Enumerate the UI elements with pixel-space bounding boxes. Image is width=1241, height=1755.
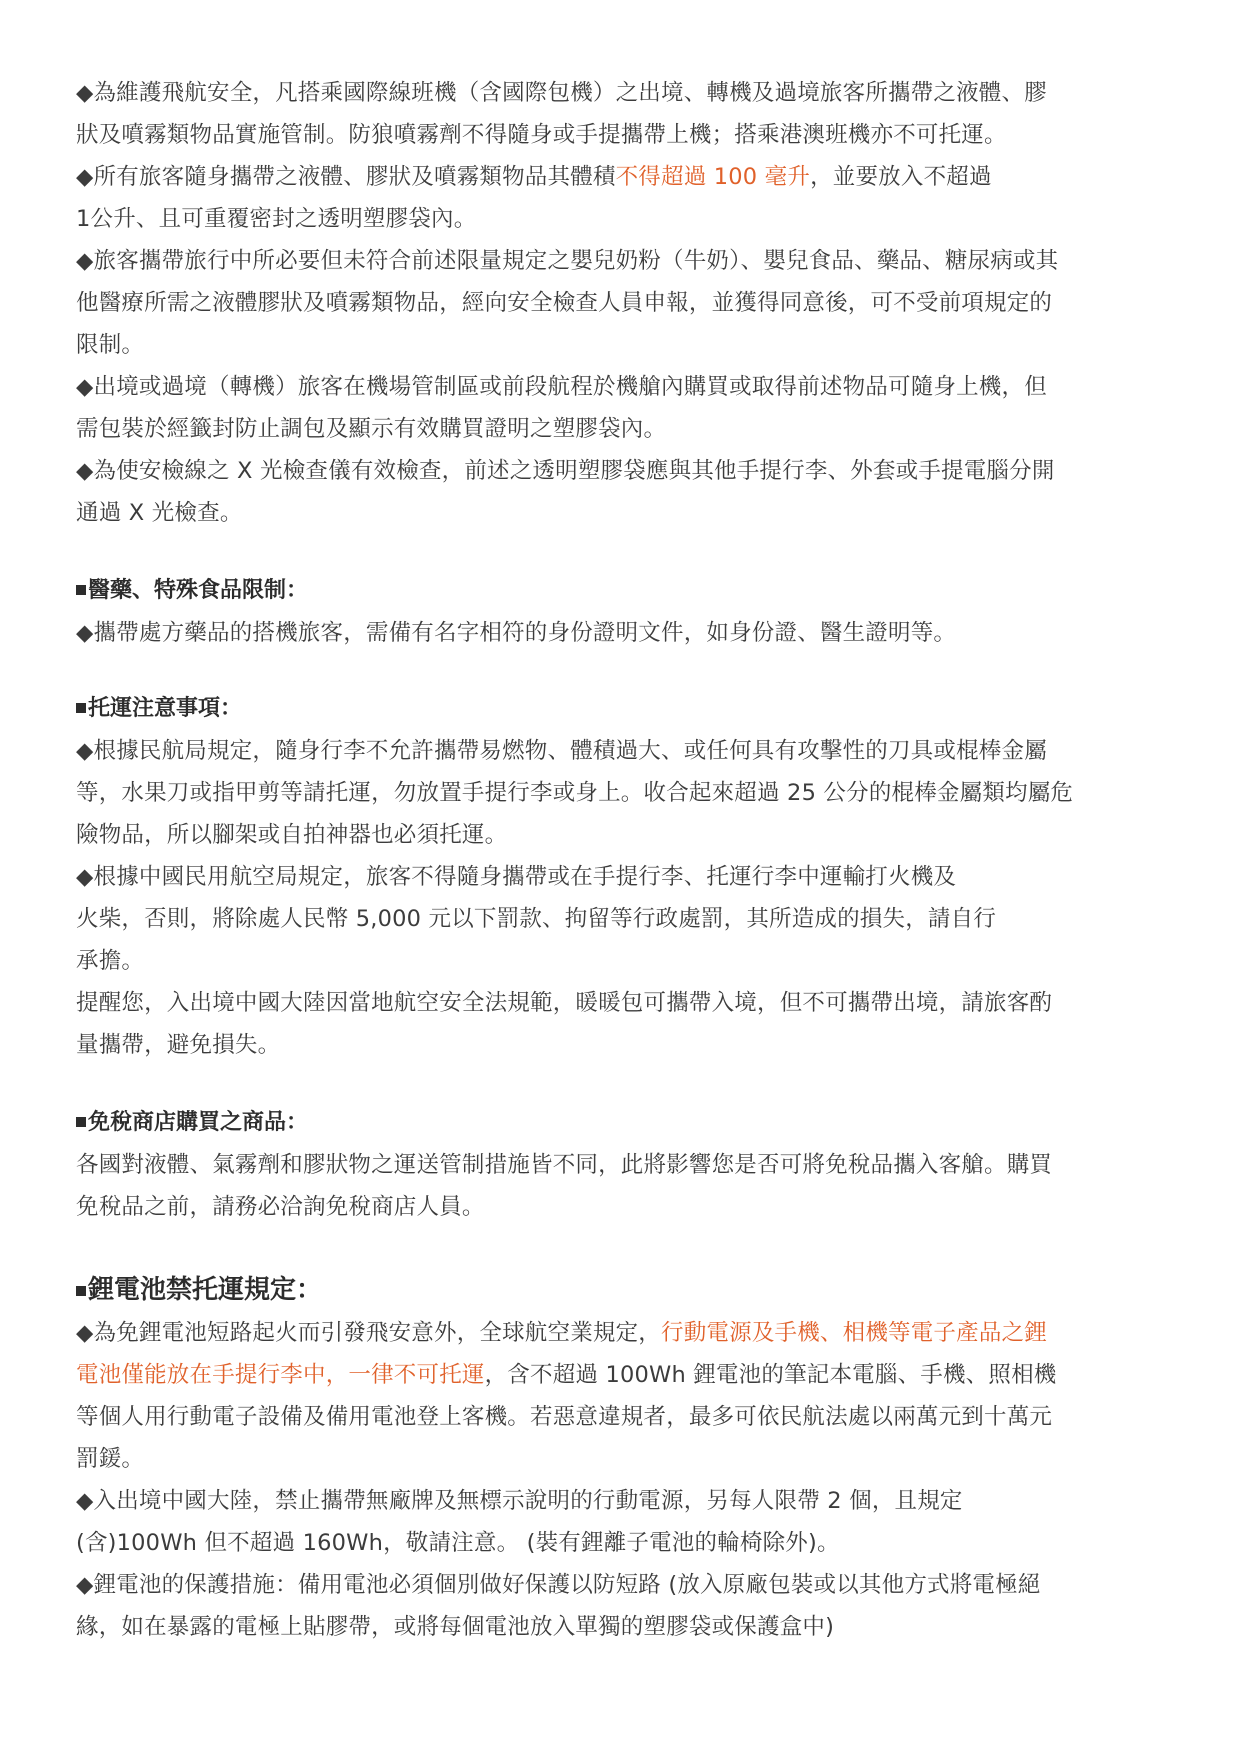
liquids-text: ◆所有旅客隨身攜帶之液體、膠狀及噴霧類物品其體積 bbox=[76, 164, 616, 190]
lithium-line-7: ◆鋰電池的保護措施：備用電池必須個別做好保護以防短路 (放入原廠包裝或以其他方式… bbox=[76, 1570, 1041, 1600]
checked-line-2: 等，水果刀或指甲剪等請托運，勿放置手提行李或身上。收合起來超過 25 公分的棍棒… bbox=[76, 778, 1073, 808]
medicine-line-1: ◆攜帶處方藥品的搭機旅客，需備有名字相符的身份證明文件，如身份證、醫生證明等。 bbox=[76, 618, 956, 648]
liquids-text: ，並要放入不超過 bbox=[810, 164, 992, 190]
liquids-line-5: ◆旅客攜帶旅行中所必要但未符合前述限量規定之嬰兒奶粉（牛奶）、嬰兒食品、藥品、糖… bbox=[76, 246, 1058, 276]
lithium-heading: 鋰電池禁托運規定： bbox=[76, 1275, 322, 1305]
lithium-line-4: 罰鍰。 bbox=[76, 1444, 144, 1474]
checked-line-5: 火柴，否則，將除處人民幣 5,000 元以下罰款、拘留等行政處罰，其所造成的損失… bbox=[76, 904, 996, 934]
square-bullet-icon bbox=[76, 1286, 86, 1296]
liquids-line-9: 需包裝於經籤封防止調包及顯示有效購買證明之塑膠袋內。 bbox=[76, 414, 666, 444]
checked-heading: 托運注意事項： bbox=[76, 694, 242, 724]
lithium-line-8: 緣，如在暴露的電極上貼膠帶，或將每個電池放入單獨的塑膠袋或保護盒中) bbox=[76, 1612, 834, 1642]
lithium-rule-highlight: 電池僅能放在手提行李中，一律不可托運 bbox=[76, 1362, 485, 1388]
lithium-line-3: 等個人用行動電子設備及備用電池登上客機。若惡意違規者，最多可依民航法處以兩萬元到… bbox=[76, 1402, 1052, 1432]
checked-line-3: 險物品，所以腳架或自拍神器也必須托運。 bbox=[76, 820, 507, 850]
square-bullet-icon bbox=[76, 703, 86, 713]
checked-line-7: 提醒您，入出境中國大陸因當地航空安全法規範，暖暖包可攜帶入境，但不可攜帶出境，請… bbox=[76, 988, 1052, 1018]
dutyfree-line-1: 各國對液體、氣霧劑和膠狀物之運送管制措施皆不同，此將影響您是否可將免稅品攜入客艙… bbox=[76, 1150, 1052, 1180]
dutyfree-line-2: 免稅品之前，請務必洽詢免稅商店人員。 bbox=[76, 1192, 485, 1222]
lithium-rule-highlight: 行動電源及手機、相機等電子產品之鋰 bbox=[661, 1320, 1047, 1346]
checked-line-4: ◆根據中國民用航空局規定，旅客不得隨身攜帶或在手提行李、托運行李中運輸打火機及 bbox=[76, 862, 956, 892]
liquids-line-10: ◆為使安檢線之 X 光檢查儀有效檢查，前述之透明塑膠袋應與其他手提行李、外套或手… bbox=[76, 456, 1055, 486]
checked-line-6: 承擔。 bbox=[76, 946, 144, 976]
checked-line-1: ◆根據民航局規定，隨身行李不允許攜帶易燃物、體積過大、或任何具有攻擊性的刀具或棍… bbox=[76, 736, 1047, 766]
volume-limit-highlight: 不得超過 100 毫升 bbox=[616, 164, 810, 190]
liquids-line-3: ◆所有旅客隨身攜帶之液體、膠狀及噴霧類物品其體積不得超過 100 毫升，並要放入… bbox=[76, 162, 992, 192]
liquids-line-7: 限制。 bbox=[76, 330, 144, 360]
lithium-line-2: 電池僅能放在手提行李中，一律不可托運，含不超過 100Wh 鋰電池的筆記本電腦、… bbox=[76, 1360, 1056, 1390]
medicine-heading: 醫藥、特殊食品限制： bbox=[76, 576, 308, 606]
liquids-line-1: ◆為維護飛航安全，凡搭乘國際線班機（含國際包機）之出境、轉機及過境旅客所攜帶之液… bbox=[76, 78, 1047, 108]
liquids-line-11: 通過 X 光檢查。 bbox=[76, 498, 243, 528]
lithium-line-6: (含)100Wh 但不超過 160Wh，敬請注意。 (裝有鋰離子電池的輪椅除外)… bbox=[76, 1528, 840, 1558]
liquids-line-6: 他醫療所需之液體膠狀及噴霧類物品，經向安全檢查人員申報，並獲得同意後，可不受前項… bbox=[76, 288, 1052, 318]
square-bullet-icon bbox=[76, 585, 86, 595]
liquids-line-8: ◆出境或過境（轉機）旅客在機場管制區或前段航程於機艙內購買或取得前述物品可隨身上… bbox=[76, 372, 1047, 402]
lithium-line-5: ◆入出境中國大陸，禁止攜帶無廠牌及無標示說明的行動電源，另每人限帶 2 個，且規… bbox=[76, 1486, 963, 1516]
liquids-line-4: 1公升、且可重覆密封之透明塑膠袋內。 bbox=[76, 204, 476, 234]
dutyfree-heading: 免稅商店購買之商品： bbox=[76, 1108, 308, 1138]
square-bullet-icon bbox=[76, 1117, 86, 1127]
checked-line-8: 量攜帶，避免損失。 bbox=[76, 1030, 280, 1060]
lithium-line-1: ◆為免鋰電池短路起火而引發飛安意外，全球航空業規定，行動電源及手機、相機等電子產… bbox=[76, 1318, 1047, 1348]
liquids-line-2: 狀及噴霧類物品實施管制。防狼噴霧劑不得隨身或手提攜帶上機；搭乘港澳班機亦不可托運… bbox=[76, 120, 1007, 150]
